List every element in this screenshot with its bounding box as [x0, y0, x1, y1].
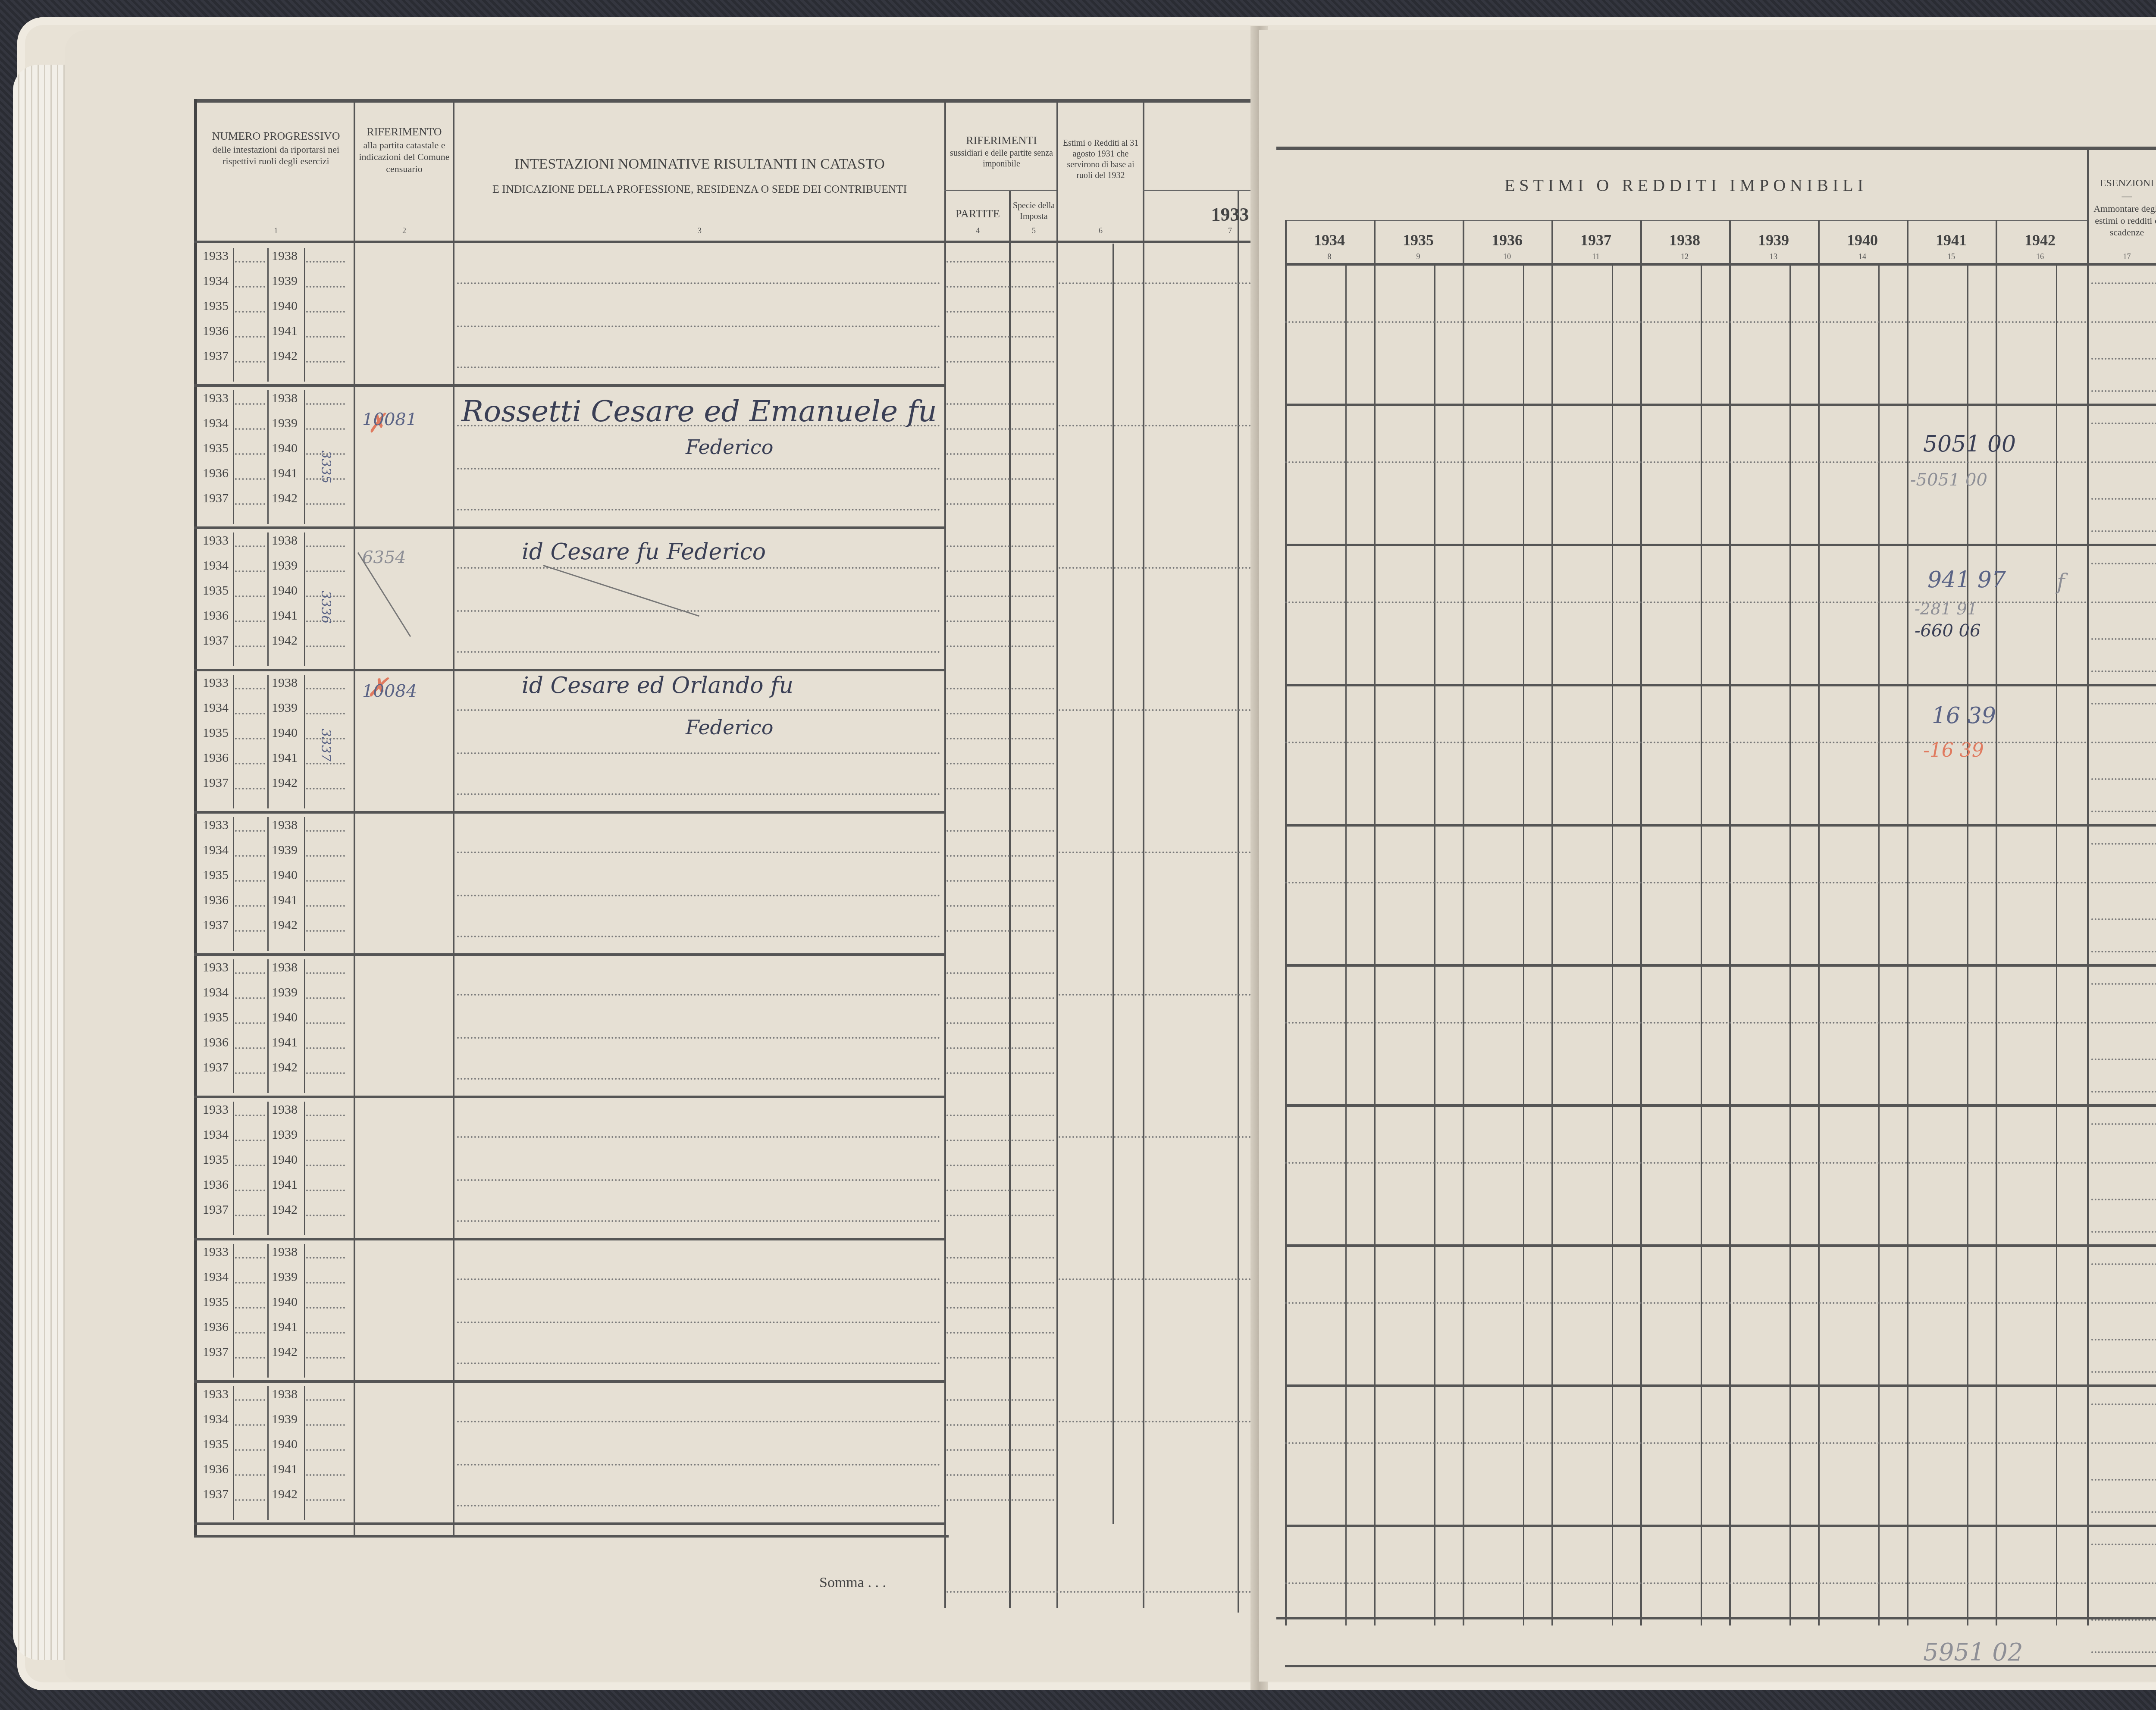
year-left: 1933	[203, 1245, 229, 1259]
year-divider	[304, 1102, 305, 1235]
right-block-rule	[1285, 1665, 2156, 1667]
year-left: 1935	[203, 299, 229, 313]
year-col-rule	[1285, 220, 1287, 1625]
year-right: 1938	[272, 818, 298, 833]
partite-line	[946, 361, 1054, 363]
year-right: 1940	[272, 868, 298, 883]
exemption-line	[2091, 811, 2156, 812]
year-col-rule	[1374, 220, 1376, 1625]
sum-cent: 02	[1992, 1638, 2023, 1666]
cent-col-rule	[1967, 265, 1968, 1625]
name-line	[457, 793, 940, 795]
year-left: 1933	[203, 818, 229, 833]
year-fill-line	[235, 855, 265, 857]
right-block-rule	[1285, 1384, 2156, 1387]
col5-title: Specie della Imposta	[1011, 200, 1056, 222]
block-rule	[194, 1522, 944, 1525]
col2-number: 2	[358, 226, 451, 235]
year-divider	[267, 959, 269, 1093]
partite-line	[946, 972, 1054, 974]
partita-1: 3335	[318, 451, 333, 483]
year-right: 1942	[272, 1203, 298, 1217]
partite-line	[946, 1332, 1054, 1334]
right-header-bottom-rule	[1285, 263, 2156, 266]
year-left: 1936	[203, 893, 229, 908]
year-col-number: 11	[1551, 252, 1640, 261]
exemption-line	[2091, 1511, 2156, 1513]
year-left: 1935	[203, 1437, 229, 1452]
year-fill-line	[306, 1140, 345, 1141]
year-fill-line	[235, 1474, 265, 1476]
partite-line	[946, 1357, 1054, 1359]
name-line	[457, 1078, 940, 1080]
cent-divider	[1112, 670, 1114, 813]
year-col-header: 1935	[1374, 231, 1463, 250]
entry-3-name-line2: Federico	[686, 716, 773, 739]
year-subheader-rule	[1285, 220, 2087, 221]
year-right: 1938	[272, 960, 298, 975]
year-right: 1941	[272, 1462, 298, 1477]
year-fill-line	[235, 261, 265, 263]
partite-line	[946, 1449, 1054, 1451]
year-fill-line	[235, 1140, 265, 1141]
year-fill-line	[306, 570, 345, 572]
val-2-minus2: -660 06	[1915, 621, 1981, 641]
cent-divider	[1112, 244, 1114, 386]
year-right: 1939	[272, 416, 298, 431]
year-fill-line	[235, 763, 265, 764]
year-fill-line	[235, 1190, 265, 1191]
year-fill-line	[235, 880, 265, 882]
year-fill-line	[235, 478, 265, 480]
year-col-rule	[1729, 220, 1731, 1625]
year-right: 1942	[272, 633, 298, 648]
name-line	[457, 1464, 940, 1466]
year-fill-line	[235, 1282, 265, 1284]
year-fill-line	[306, 1499, 345, 1501]
year-right: 1940	[272, 1295, 298, 1309]
right-block-rule	[1285, 1244, 2156, 1247]
name-line	[457, 936, 940, 937]
exemption-line	[2091, 1059, 2156, 1060]
name-line	[457, 852, 940, 853]
year-divider	[304, 390, 305, 524]
col4-number: 4	[946, 226, 1009, 235]
cent-divider	[1112, 1097, 1114, 1240]
val-3-lire: 16	[1932, 703, 1960, 729]
year-fill-line	[235, 545, 265, 547]
year-divider	[267, 1244, 269, 1378]
year-left: 1936	[203, 1320, 229, 1334]
year-divider	[304, 959, 305, 1093]
year-fill-line	[306, 1282, 345, 1284]
exemptions-header: ESENZIONI — Ammontare degli estimi o red…	[2089, 177, 2156, 238]
year-left: 1936	[203, 1035, 229, 1050]
cent-col-rule	[1878, 265, 1880, 1625]
year-fill-line	[306, 880, 345, 882]
year-left: 1934	[203, 1127, 229, 1142]
val-3-minus-cent: 39	[1960, 739, 1984, 761]
exemption-line	[2091, 1022, 2156, 1024]
name-line	[457, 1278, 940, 1280]
col1-title: NUMERO PROGRESSIVO	[198, 129, 354, 144]
year-right: 1941	[272, 608, 298, 623]
year-divider	[233, 1102, 234, 1235]
col45-header: RIFERIMENTI sussidiari e delle partite s…	[946, 134, 1056, 169]
col45-title: RIFERIMENTI	[946, 134, 1056, 148]
exemption-line	[2091, 563, 2156, 564]
year-left: 1935	[203, 1153, 229, 1167]
year-left: 1934	[203, 1412, 229, 1427]
year-left: 1935	[203, 726, 229, 740]
exemption-line	[2091, 423, 2156, 424]
year-left: 1936	[203, 1462, 229, 1477]
year-right: 1939	[272, 1127, 298, 1142]
year-fill-line	[306, 261, 345, 263]
col-divider-4	[1009, 190, 1011, 1608]
name-line	[457, 1505, 940, 1506]
right-page: Mod. 111 - Imposte Dirette (Intercalare)…	[1259, 30, 2156, 1682]
col2-subtitle: alla partita catastale e indicazioni del…	[358, 139, 451, 175]
exemptions-title: ESENZIONI	[2089, 177, 2156, 190]
col45-subtitle: sussidiari e delle partite senza imponib…	[946, 148, 1056, 169]
cent-divider	[1112, 528, 1114, 670]
year-left: 1937	[203, 491, 229, 506]
year-left: 1933	[203, 533, 229, 548]
col-divider-2	[453, 99, 454, 1535]
year-fill-line	[306, 428, 345, 430]
partite-line	[946, 286, 1054, 288]
partite-line	[946, 478, 1054, 480]
year-fill-line	[235, 1499, 265, 1501]
year-left: 1936	[203, 1178, 229, 1192]
col-divider-5	[1056, 99, 1058, 1608]
year-divider	[233, 1386, 234, 1520]
year-left: 1934	[203, 1270, 229, 1284]
year-divider	[233, 532, 234, 666]
partite-line	[946, 595, 1054, 597]
year-col-number: 8	[1285, 252, 1374, 261]
val-1-lire: 5051	[1923, 431, 1980, 457]
year-left: 1937	[203, 633, 229, 648]
exemption-line	[2091, 983, 2156, 985]
year-right: 1941	[272, 1178, 298, 1192]
year-right: 1942	[272, 491, 298, 506]
year-left: 1935	[203, 441, 229, 456]
entry-2-strike	[543, 565, 699, 617]
partite-line	[946, 763, 1054, 764]
year-col-rule	[1551, 220, 1553, 1625]
partite-line	[946, 403, 1054, 405]
partite-line	[946, 261, 1054, 263]
year-fill-line	[235, 1047, 265, 1049]
year-col-rule	[1463, 220, 1464, 1625]
year-fill-line	[306, 1165, 345, 1166]
year-fill-line	[306, 1357, 345, 1359]
partite-line	[946, 788, 1054, 789]
block-rule	[194, 953, 944, 956]
partite-line	[946, 1215, 1054, 1216]
year-left: 1937	[203, 1060, 229, 1075]
year-col-header: 1940	[1818, 231, 1907, 250]
val-2-mark: f	[2057, 569, 2065, 594]
exemption-line	[2091, 321, 2156, 323]
year-right: 1942	[272, 776, 298, 790]
exemption-line	[2091, 358, 2156, 360]
name-line	[457, 1421, 940, 1422]
year-left: 1933	[203, 391, 229, 406]
partite-line	[946, 930, 1054, 932]
col2-title: RIFERIMENTO	[358, 125, 451, 139]
col6-title: Estimi o Redditi al 31 agosto 1931 che s…	[1059, 138, 1143, 181]
year-col-header: 1939	[1729, 231, 1818, 250]
col-divider-7	[1238, 190, 1239, 1613]
val-2-minus2-cent: 06	[1959, 621, 1981, 641]
year-fill-line	[235, 1449, 265, 1451]
val-1-minus-lire: -5051	[1910, 470, 1960, 490]
name-line	[457, 651, 940, 653]
cent-col-rule	[1612, 265, 1613, 1625]
name-line	[457, 1037, 940, 1039]
year-left: 1934	[203, 701, 229, 715]
right-block-rule	[1285, 404, 2156, 406]
partite-line	[946, 880, 1054, 882]
cent-divider	[1112, 955, 1114, 1097]
year-fill-line	[306, 1115, 345, 1116]
block-rule	[194, 1096, 944, 1098]
right-block-rule	[1285, 1525, 2156, 1527]
year-fill-line	[235, 286, 265, 288]
col2-header: RIFERIMENTO alla partita catastale e ind…	[358, 125, 451, 175]
year-left: 1937	[203, 349, 229, 363]
year-left: 1935	[203, 1295, 229, 1309]
val-3-cent: 39	[1968, 703, 1996, 729]
year-col-number: 13	[1729, 252, 1818, 261]
exemption-line	[2091, 1544, 2156, 1545]
value-line	[1285, 1302, 2087, 1304]
year-fill-line	[235, 453, 265, 455]
exemption-line	[2091, 1199, 2156, 1200]
year-col-number: 9	[1374, 252, 1463, 261]
partite-line	[946, 713, 1054, 714]
name-line	[457, 326, 940, 327]
year-fill-line	[306, 855, 345, 857]
ref-2: 6354	[362, 548, 406, 567]
name-line	[457, 1322, 940, 1323]
year-fill-line	[235, 905, 265, 907]
partite-line	[946, 1282, 1054, 1284]
year-right: 1939	[272, 985, 298, 1000]
year-left: 1933	[203, 1387, 229, 1402]
sum-label: Somma . . .	[819, 1574, 886, 1592]
col3-subtitle: E INDICAZIONE DELLA PROFESSIONE, RESIDEN…	[457, 182, 942, 197]
partite-line	[946, 503, 1054, 505]
year-col-header: 1942	[1996, 231, 2084, 250]
year-col-header: 1938	[1640, 231, 1729, 250]
year-fill-line	[306, 361, 345, 363]
col-divider-3	[944, 99, 946, 1608]
year-divider	[233, 675, 234, 808]
col45-sub-rule	[944, 190, 1056, 191]
year-divider	[267, 1386, 269, 1520]
col4-title: PARTITE	[946, 207, 1009, 221]
partite-line	[946, 738, 1054, 739]
year-right: 1941	[272, 751, 298, 765]
partita-3: 3337	[318, 729, 333, 761]
year-divider	[304, 675, 305, 808]
year-fill-line	[306, 545, 345, 547]
name-line	[457, 366, 940, 368]
year-col-rule	[1907, 220, 1908, 1625]
partite-line	[946, 311, 1054, 313]
year-col-header: 1936	[1463, 231, 1551, 250]
val-1-1941: 5051 00	[1923, 431, 2016, 457]
year-fill-line	[235, 1307, 265, 1309]
year-left: 1936	[203, 608, 229, 623]
year-right: 1940	[272, 1437, 298, 1452]
year-col-number: 16	[1996, 252, 2084, 261]
year-fill-line	[235, 311, 265, 313]
val-2-minus2-lire: -660	[1915, 621, 1953, 641]
year-fill-line	[306, 1215, 345, 1216]
year-fill-line	[306, 1257, 345, 1259]
year-right: 1941	[272, 1035, 298, 1050]
partite-line	[946, 1072, 1054, 1074]
exemption-line	[2091, 670, 2156, 672]
name-line	[457, 282, 940, 284]
year-fill-line	[235, 788, 265, 789]
year-fill-line	[306, 336, 345, 338]
col1-number: 1	[198, 226, 354, 235]
year-fill-line	[235, 738, 265, 739]
value-line	[1285, 882, 2087, 883]
year-right: 1942	[272, 1060, 298, 1075]
cent-col-rule	[1523, 265, 1524, 1625]
year-divider	[267, 390, 269, 524]
name-line	[457, 1179, 940, 1181]
year-left: 1935	[203, 1010, 229, 1025]
sum-lire: 5951	[1923, 1638, 1985, 1666]
year-divider	[304, 248, 305, 382]
year-left: 1933	[203, 960, 229, 975]
exemption-line	[2091, 742, 2156, 743]
cent-col-rule	[1789, 265, 1791, 1625]
year-divider	[267, 532, 269, 666]
exemption-line	[2091, 778, 2156, 780]
header-bottom-rule	[194, 241, 1319, 243]
year-col-header: 1937	[1551, 231, 1640, 250]
exemption-line	[2091, 1091, 2156, 1093]
year-right: 1940	[272, 299, 298, 313]
year-fill-line	[235, 361, 265, 363]
cent-divider	[1112, 386, 1114, 528]
year-fill-line	[306, 788, 345, 789]
name-line	[457, 468, 940, 470]
value-line	[1285, 1582, 2087, 1584]
year-right: 1938	[272, 1387, 298, 1402]
year-right: 1939	[272, 1270, 298, 1284]
year-right: 1940	[272, 1010, 298, 1025]
partite-line	[946, 905, 1054, 907]
partite-line	[946, 1257, 1054, 1259]
year-left: 1935	[203, 583, 229, 598]
partite-line	[946, 428, 1054, 430]
exemption-line	[2091, 601, 2156, 603]
year-left: 1936	[203, 751, 229, 765]
year-divider	[233, 1244, 234, 1378]
year-fill-line	[235, 1165, 265, 1166]
year-right: 1942	[272, 1487, 298, 1502]
exemption-line	[2091, 530, 2156, 532]
year-divider	[304, 817, 305, 951]
year-fill-line	[306, 1022, 345, 1024]
year-fill-line	[306, 1072, 345, 1074]
value-line	[1285, 1442, 2087, 1444]
ref-1: 10081	[362, 410, 417, 429]
exemption-line	[2091, 1302, 2156, 1304]
year-left: 1937	[203, 1487, 229, 1502]
block-rule	[194, 811, 944, 814]
val-1-minus: -5051 00	[1910, 470, 1987, 490]
col1-subtitle: delle intestazioni da riportarsi nei ris…	[198, 144, 354, 167]
year-divider	[304, 532, 305, 666]
left-page: NUMERO PROGRESSIVO delle intestazioni da…	[65, 30, 1259, 1682]
year-right: 1938	[272, 1102, 298, 1117]
val-2-minus1: -281 91	[1915, 599, 1977, 618]
year-col-rule	[1640, 220, 1642, 1625]
year-divider	[267, 817, 269, 951]
partite-line	[946, 1165, 1054, 1166]
year-fill-line	[235, 713, 265, 714]
year-divider	[304, 1386, 305, 1520]
year-right: 1941	[272, 893, 298, 908]
exemption-line	[2091, 1162, 2156, 1164]
partite-line	[946, 997, 1054, 999]
year-col-header: 1941	[1907, 231, 1996, 250]
year-right: 1940	[272, 1153, 298, 1167]
year-col-number: 14	[1818, 252, 1907, 261]
year-fill-line	[306, 830, 345, 832]
partite-line	[946, 688, 1054, 689]
val-2-minus1-cent: 91	[1956, 599, 1977, 618]
val-1-minus-cent: 00	[1965, 470, 1987, 490]
year-col-header: 1934	[1285, 231, 1374, 250]
exemption-line	[2091, 1403, 2156, 1405]
year-divider	[233, 817, 234, 951]
cent-divider	[1112, 813, 1114, 955]
year-fill-line	[235, 1357, 265, 1359]
exemption-line	[2091, 1651, 2156, 1653]
block-rule	[194, 1238, 944, 1240]
partite-line	[946, 645, 1054, 647]
year-right: 1941	[272, 466, 298, 481]
year-fill-line	[235, 930, 265, 932]
partite-line	[946, 545, 1054, 547]
val-1-cent: 00	[1987, 431, 2016, 457]
year-left: 1936	[203, 324, 229, 338]
partite-line	[946, 1399, 1054, 1401]
val-2-minus1-lire: -281	[1915, 599, 1951, 618]
exemption-line	[2091, 1231, 2156, 1233]
year-divider	[233, 390, 234, 524]
sum-1941: 5951 02	[1923, 1638, 2023, 1666]
year-right: 1939	[272, 1412, 298, 1427]
exemption-line	[2091, 1339, 2156, 1340]
val-2-1941: 941 97	[1927, 567, 2006, 593]
cent-col-rule	[2056, 265, 2057, 1625]
name-line	[457, 509, 940, 510]
year-left: 1933	[203, 249, 229, 263]
